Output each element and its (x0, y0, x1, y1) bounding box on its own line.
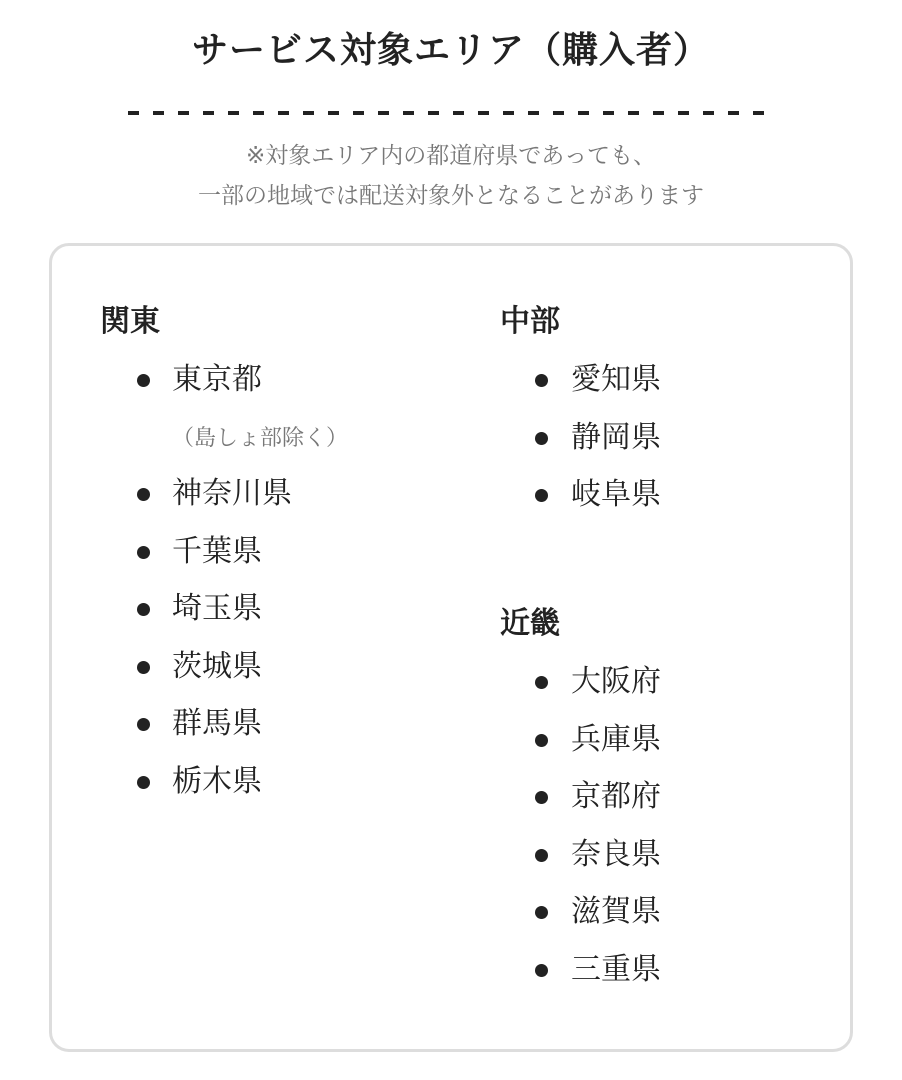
prefecture-item: 茨城県 (172, 647, 262, 687)
bullet-icon (535, 676, 548, 689)
prefecture-item: 奈良県 (571, 835, 661, 875)
bullet-icon (535, 906, 548, 919)
prefecture-item: 神奈川県 (172, 474, 292, 514)
bullet-icon (137, 546, 150, 559)
prefecture-item: 兵庫県 (571, 720, 661, 760)
page-title: サービス対象エリア（購入者） (0, 22, 902, 73)
prefecture-item: 大阪府 (571, 662, 661, 702)
region-title-chubu: 中部 (500, 302, 560, 342)
prefecture-note: （島しょ部除く） (172, 424, 348, 454)
bullet-icon (535, 964, 548, 977)
prefecture-item: 静岡県 (571, 418, 661, 458)
prefecture-item: 岐阜県 (571, 475, 661, 515)
disclaimer-note: ※対象エリア内の都道府県であっても、 一部の地域では配送対象外となることがありま… (0, 136, 902, 216)
bullet-icon (137, 488, 150, 501)
region-title-kanto: 関東 (100, 302, 160, 342)
service-area-box (49, 243, 853, 1052)
dashed-divider (128, 111, 776, 115)
region-title-kinki: 近畿 (500, 604, 560, 644)
prefecture-item: 京都府 (571, 777, 661, 817)
prefecture-item: 千葉県 (172, 532, 262, 572)
prefecture-item: 埼玉県 (172, 589, 262, 629)
prefecture-item: 愛知県 (571, 360, 661, 400)
bullet-icon (535, 432, 548, 445)
bullet-icon (137, 776, 150, 789)
bullet-icon (137, 374, 150, 387)
bullet-icon (535, 374, 548, 387)
prefecture-item: 滋賀県 (571, 892, 661, 932)
prefecture-item: 群馬県 (172, 704, 262, 744)
bullet-icon (535, 489, 548, 502)
prefecture-item: 三重県 (571, 950, 661, 990)
note-line-2: 一部の地域では配送対象外となることがあります (0, 176, 902, 216)
prefecture-item: 栃木県 (172, 762, 262, 802)
prefecture-item: 東京都 (172, 360, 262, 400)
bullet-icon (535, 791, 548, 804)
bullet-icon (535, 734, 548, 747)
bullet-icon (137, 718, 150, 731)
bullet-icon (535, 849, 548, 862)
bullet-icon (137, 603, 150, 616)
note-line-1: ※対象エリア内の都道府県であっても、 (0, 136, 902, 176)
bullet-icon (137, 661, 150, 674)
